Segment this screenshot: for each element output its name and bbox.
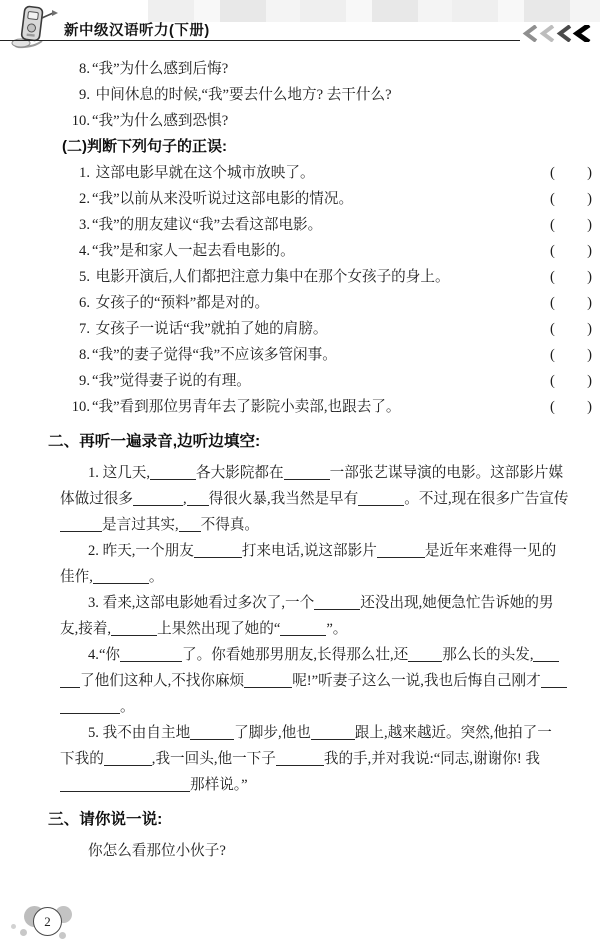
paren-open: ( xyxy=(550,186,555,212)
item-number: 7. xyxy=(60,316,90,342)
text-segment: 4.“你 xyxy=(88,647,120,663)
page-footer: 2 xyxy=(0,900,120,947)
text-segment: 了。你看她那男朋友,长得那么壮,还 xyxy=(182,647,408,663)
comprehension-questions: 8.“我”为什么感到后悔?9. 中间休息的时候,“我”要去什么地方? 去干什么?… xyxy=(60,56,592,134)
page-header: 新中级汉语听力(下册) xyxy=(0,0,600,54)
paren-open: ( xyxy=(550,342,555,368)
fill-blank xyxy=(60,776,190,792)
page-content: 8.“我”为什么感到后悔?9. 中间休息的时候,“我”要去什么地方? 去干什么?… xyxy=(0,56,600,864)
fill-line: 1. 这几天,各大影院都在一部张艺谋导演的电影。这部影片媒 xyxy=(60,460,592,486)
fill-blank xyxy=(541,672,567,688)
answer-parens: () xyxy=(550,368,592,394)
fill-line: 3. 看来,这部电影她看过多次了,一个还没出现,她便急忙告诉她的男 xyxy=(60,590,592,616)
fill-blank xyxy=(276,750,324,766)
answer-parens: () xyxy=(550,394,592,420)
fill-line: 4.“你了。你看她那男朋友,长得那么壮,还那么长的头发, xyxy=(60,642,592,668)
paren-open: ( xyxy=(550,212,555,238)
fill-blank xyxy=(314,594,360,610)
item-number: 10. xyxy=(60,394,90,420)
answer-parens: () xyxy=(550,212,592,238)
fill-line: 。 xyxy=(60,694,592,720)
true-false-row: 4.“我”是和家人一起去看电影的。() xyxy=(60,238,592,264)
fill-line: 5. 我不由自主地了脚步,他也跟上,越来越近。突然,他拍了一 xyxy=(60,720,592,746)
answer-parens: () xyxy=(550,316,592,342)
question-row: 9. 中间休息的时候,“我”要去什么地方? 去干什么? xyxy=(60,82,592,108)
true-false-row: 9.“我”觉得妻子说的有理。() xyxy=(60,368,592,394)
item-number: 2. xyxy=(60,186,90,212)
fill-blank xyxy=(187,490,209,506)
item-number: 10. xyxy=(60,108,90,134)
true-false-row: 2.“我”以前从来没听说过这部电影的情况。() xyxy=(60,186,592,212)
text-segment: 一部张艺谋导演的电影。这部影片媒 xyxy=(330,465,564,481)
text-segment: ”。 xyxy=(326,621,347,637)
header-rule xyxy=(0,40,520,41)
text-segment: 5. 我不由自主地 xyxy=(88,725,190,741)
text-segment: 2. 昨天,一个朋友 xyxy=(88,543,194,559)
item-text: 中间休息的时候,“我”要去什么地方? 去干什么? xyxy=(92,82,592,108)
answer-parens: () xyxy=(550,290,592,316)
true-false-list: 1. 这部电影早就在这个城市放映了。()2.“我”以前从来没听说过这部电影的情况… xyxy=(60,160,592,420)
text-segment: 还没出现,她便急忙告诉她的男 xyxy=(360,595,553,611)
fill-blank xyxy=(533,646,559,662)
text-segment: 体做过很多 xyxy=(60,491,133,507)
item-text: 这部电影早就在这个城市放映了。 xyxy=(92,160,546,186)
paren-close: ) xyxy=(587,316,592,342)
text-segment: 那么长的头发, xyxy=(442,647,533,663)
text-segment: 。不过,现在很多广告宣传 xyxy=(404,491,568,507)
book-title: 新中级汉语听力(下册) xyxy=(64,19,210,40)
fill-line: 体做过很多,得很火暴,我当然是早有。不过,现在很多广告宣传 xyxy=(60,486,592,512)
fill-line: 那样说。” xyxy=(60,772,592,798)
fill-blank xyxy=(120,646,182,662)
answer-parens: () xyxy=(550,238,592,264)
answer-parens: () xyxy=(550,264,592,290)
fill-blank xyxy=(280,620,326,636)
true-false-row: 1. 这部电影早就在这个城市放映了。() xyxy=(60,160,592,186)
text-segment: ,我一回头,他一下子 xyxy=(152,751,276,767)
paren-close: ) xyxy=(587,342,592,368)
text-segment: 上果然出现了她的“ xyxy=(157,621,280,637)
text-segment: 那样说。” xyxy=(190,777,248,793)
paren-close: ) xyxy=(587,264,592,290)
bubble-decoration xyxy=(11,924,16,929)
answer-parens: () xyxy=(550,186,592,212)
item-number: 1. xyxy=(60,160,90,186)
header-decoration-band xyxy=(148,0,600,22)
fill-line: 友,接着,上果然出现了她的“”。 xyxy=(60,616,592,642)
chevrons-left-icon xyxy=(522,25,594,47)
fill-blank xyxy=(194,542,242,558)
recorder-icon xyxy=(8,4,60,55)
item-number: 4. xyxy=(60,238,90,264)
text-segment: 了他们这种人,不找你麻烦 xyxy=(80,673,244,689)
true-false-heading: (二)判断下列句子的正误: xyxy=(62,134,592,160)
text-segment: 是言过其实, xyxy=(102,517,179,533)
paren-close: ) xyxy=(587,160,592,186)
item-text: “我”以前从来没听说过这部电影的情况。 xyxy=(92,186,546,212)
answer-parens: () xyxy=(550,160,592,186)
fill-blank xyxy=(133,490,183,506)
fill-blank xyxy=(244,672,292,688)
text-segment: 呢!”听妻子这么一说,我也后悔自己刚才 xyxy=(292,673,541,689)
page-number: 2 xyxy=(33,907,62,936)
item-number: 6. xyxy=(60,290,90,316)
text-segment: 打来电话,说这部影片 xyxy=(242,543,377,559)
fill-blank xyxy=(377,542,425,558)
question-row: 8.“我”为什么感到后悔? xyxy=(60,56,592,82)
item-text: “我”的妻子觉得“我”不应该多管闲事。 xyxy=(92,342,546,368)
paren-close: ) xyxy=(587,238,592,264)
fill-in-paragraphs: 1. 这几天,各大影院都在一部张艺谋导演的电影。这部影片媒体做过很多,得很火暴,… xyxy=(60,460,592,798)
paren-close: ) xyxy=(587,394,592,420)
item-number: 5. xyxy=(60,264,90,290)
text-segment: 不得真。 xyxy=(201,517,259,533)
paren-close: ) xyxy=(587,186,592,212)
paren-close: ) xyxy=(587,290,592,316)
fill-blank xyxy=(284,464,330,480)
true-false-row: 3.“我”的朋友建议“我”去看这部电影。() xyxy=(60,212,592,238)
text-segment: 3. 看来,这部电影她看过多次了,一个 xyxy=(88,595,314,611)
fill-blank xyxy=(358,490,404,506)
paren-open: ( xyxy=(550,264,555,290)
true-false-row: 7. 女孩子一说话“我”就拍了她的肩膀。() xyxy=(60,316,592,342)
fill-line: 下我的,我一回头,他一下子我的手,并对我说:“同志,谢谢你! 我 xyxy=(60,746,592,772)
item-number: 9. xyxy=(60,82,90,108)
text-segment: 各大影院都在 xyxy=(196,465,284,481)
paren-open: ( xyxy=(550,290,555,316)
fill-line: 2. 昨天,一个朋友打来电话,说这部影片是近年来难得一见的 xyxy=(60,538,592,564)
fill-line: 是言过其实,不得真。 xyxy=(60,512,592,538)
text-segment: 是近年来难得一见的 xyxy=(425,543,556,559)
paren-open: ( xyxy=(550,394,555,420)
fill-line: 了他们这种人,不找你麻烦呢!”听妻子这么一说,我也后悔自己刚才 xyxy=(60,668,592,694)
text-segment: 下我的 xyxy=(60,751,104,767)
item-text: “我”是和家人一起去看电影的。 xyxy=(92,238,546,264)
true-false-row: 10.“我”看到那位男青年去了影院小卖部,也跟去了。() xyxy=(60,394,592,420)
paren-open: ( xyxy=(550,238,555,264)
speaking-section-heading: 三、请你说一说: xyxy=(48,806,592,834)
textbook-page: 新中级汉语听力(下册) 8.“我”为什么感到后悔?9. 中间休息的时候,“我”要… xyxy=(0,0,600,947)
paren-close: ) xyxy=(587,212,592,238)
speaking-question: 你怎么看那位小伙子? xyxy=(60,838,592,864)
question-row: 10.“我”为什么感到恐惧? xyxy=(60,108,592,134)
paren-open: ( xyxy=(550,368,555,394)
paren-close: ) xyxy=(587,368,592,394)
fill-blank xyxy=(60,672,80,688)
true-false-row: 5. 电影开演后,人们都把注意力集中在那个女孩子的身上。() xyxy=(60,264,592,290)
item-number: 9. xyxy=(60,368,90,394)
true-false-row: 8.“我”的妻子觉得“我”不应该多管闲事。() xyxy=(60,342,592,368)
item-number: 3. xyxy=(60,212,90,238)
fill-blank xyxy=(190,724,234,740)
fill-in-section-heading: 二、再听一遍录音,边听边填空: xyxy=(48,428,592,456)
text-segment: 1. 这几天, xyxy=(88,465,150,481)
text-segment: 得很火暴,我当然是早有 xyxy=(209,491,359,507)
item-text: “我”为什么感到恐惧? xyxy=(92,108,592,134)
paren-open: ( xyxy=(550,316,555,342)
item-number: 8. xyxy=(60,56,90,82)
fill-blank xyxy=(93,568,149,584)
text-segment: 佳作, xyxy=(60,569,93,585)
item-number: 8. xyxy=(60,342,90,368)
fill-blank xyxy=(104,750,152,766)
fill-blank xyxy=(408,646,442,662)
item-text: 女孩子的“预料”都是对的。 xyxy=(92,290,546,316)
item-text: “我”觉得妻子说的有理。 xyxy=(92,368,546,394)
text-segment: 跟上,越来越近。突然,他拍了一 xyxy=(355,725,552,741)
fill-blank xyxy=(150,464,196,480)
fill-blank xyxy=(60,698,120,714)
item-text: “我”的朋友建议“我”去看这部电影。 xyxy=(92,212,546,238)
text-segment: 了脚步,他也 xyxy=(234,725,311,741)
answer-parens: () xyxy=(550,342,592,368)
text-segment: 我的手,并对我说:“同志,谢谢你! 我 xyxy=(324,751,540,767)
bubble-decoration xyxy=(20,929,27,936)
fill-blank xyxy=(60,516,102,532)
fill-blank xyxy=(111,620,157,636)
fill-blank xyxy=(179,516,201,532)
text-segment: 。 xyxy=(149,569,164,585)
text-segment: 友,接着, xyxy=(60,621,111,637)
text-segment: 。 xyxy=(120,699,135,715)
fill-blank xyxy=(311,724,355,740)
true-false-row: 6. 女孩子的“预料”都是对的。() xyxy=(60,290,592,316)
item-text: “我”看到那位男青年去了影院小卖部,也跟去了。 xyxy=(92,394,546,420)
item-text: 女孩子一说话“我”就拍了她的肩膀。 xyxy=(92,316,546,342)
bubble-decoration xyxy=(59,932,66,939)
fill-line: 佳作,。 xyxy=(60,564,592,590)
paren-open: ( xyxy=(550,160,555,186)
item-text: “我”为什么感到后悔? xyxy=(92,56,592,82)
item-text: 电影开演后,人们都把注意力集中在那个女孩子的身上。 xyxy=(92,264,546,290)
